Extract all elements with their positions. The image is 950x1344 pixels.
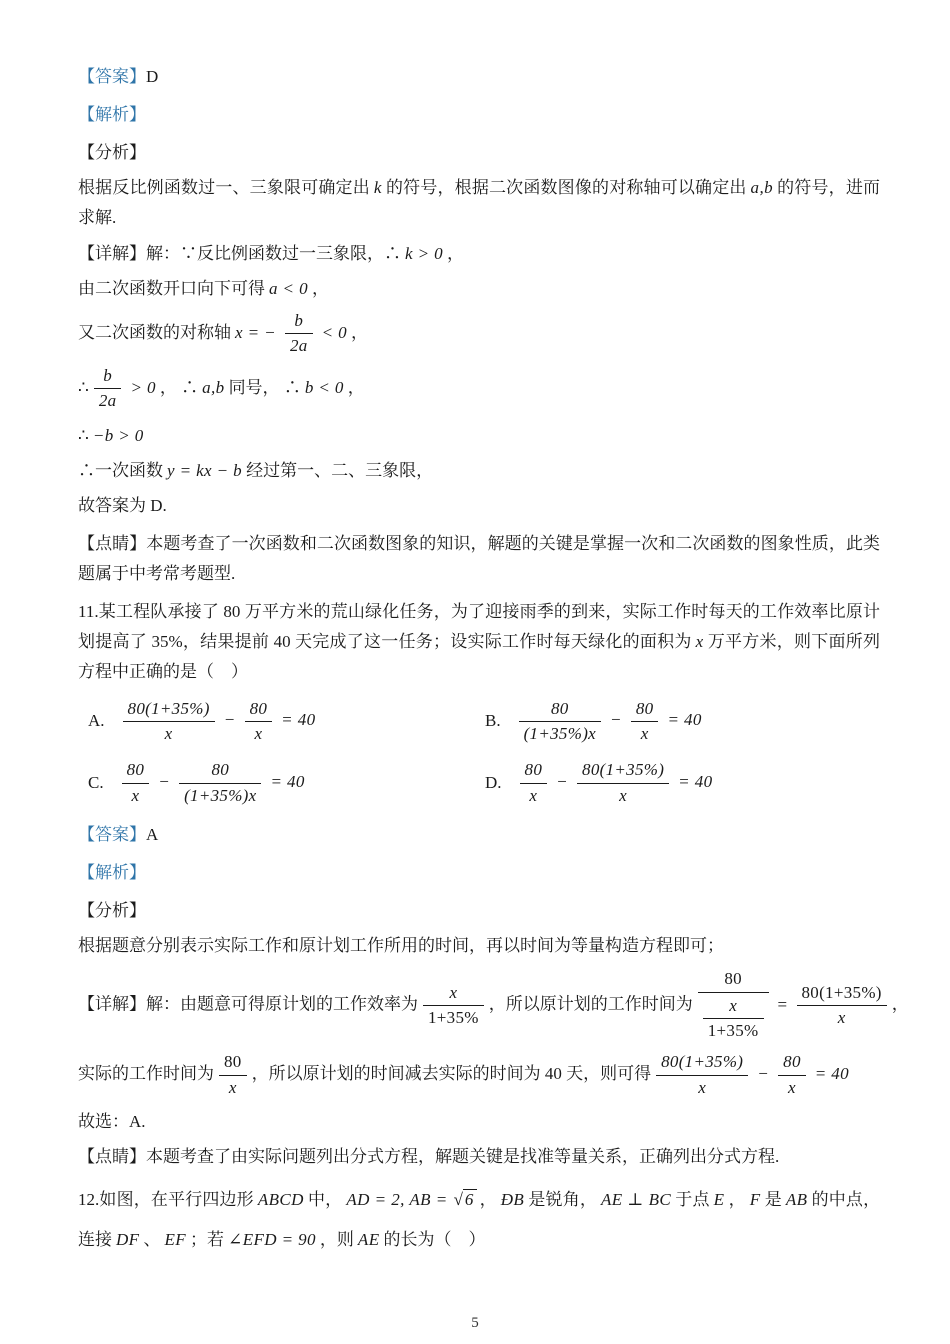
q12-stem: 12.如图，在平行四边形ABCD中，AD = 2, AB =√6，ÐB是锐角，A…	[78, 1180, 880, 1260]
math-expr: AD = 2, AB =	[346, 1190, 447, 1209]
q10-detail-line1: 【详解】解：∵反比例函数过一三象限，∴k > 0，	[78, 239, 880, 269]
answer-value: D	[146, 67, 158, 86]
fraction: 80(1+35%)x	[797, 983, 887, 1029]
text: 根据反比例函数过一、三象限可确定出	[78, 178, 370, 197]
minus-sign: −	[224, 710, 236, 729]
math-var: k	[374, 178, 382, 197]
text: 12.如图，在平行四边形	[78, 1190, 254, 1209]
fraction-denominator: x	[122, 784, 150, 806]
fraction-numerator: 80	[520, 760, 548, 783]
punct: ，	[351, 323, 368, 342]
math-var: a,b	[751, 178, 773, 197]
text: 经过第一、二、三象限，	[246, 461, 433, 480]
math-var: x	[696, 632, 704, 651]
option-label: C.	[88, 773, 104, 793]
math-expr: = 40	[281, 710, 315, 729]
fraction: 80x	[219, 1052, 247, 1098]
q11-stem: 11.某工程队承接了 80 万平方米的荒山绿化任务，为了迎接雨季的到来，实际工作…	[78, 597, 880, 687]
math-expr: AE ⊥ BC	[601, 1190, 671, 1209]
document-page: 【答案】D 【解析】 【分析】 根据反比例函数过一、三象限可确定出k的符号，根据…	[0, 0, 950, 1344]
therefore-symbol: ∴	[78, 426, 89, 445]
fraction-denominator: 1+35%	[423, 1006, 484, 1028]
fraction-numerator: b	[94, 366, 122, 389]
text: 根据题意分别表示实际工作和原计划工作所用的时间，再以时间为等量构造方程即可；	[78, 936, 724, 955]
option-formula: 80x−80(1+35%)x= 40	[515, 760, 717, 806]
equals-sign: =	[778, 995, 788, 1014]
fraction: 80x	[778, 1052, 806, 1098]
page-content: 【答案】D 【解析】 【分析】 根据反比例函数过一、三象限可确定出k的符号，根据…	[78, 62, 880, 1266]
analysis-label: 【分析】	[78, 901, 146, 920]
q10-answer-line: 【答案】D	[78, 62, 880, 92]
fraction: x1+35%	[703, 996, 764, 1042]
math-expr: k > 0	[405, 244, 443, 263]
punct: 、	[143, 1230, 160, 1249]
q10-note-paragraph: 【点睛】本题考查了一次函数和二次函数图象的知识，解题的关键是掌握一次和二次函数的…	[78, 529, 880, 589]
text: ∴一次函数	[78, 461, 163, 480]
math-expr: a < 0	[269, 279, 308, 298]
option-formula: 80x−80(1+35%)x= 40	[117, 760, 309, 806]
fraction-numerator: 80	[519, 699, 601, 722]
fraction-numerator: 80(1+35%)	[123, 699, 215, 722]
q11-answer-line: 【答案】A	[78, 820, 880, 850]
text: 中，	[308, 1190, 342, 1209]
fraction: 80x	[122, 760, 150, 806]
fraction-denominator: x	[631, 722, 659, 744]
option-a: A. 80(1+35%)x−80x= 40	[78, 699, 475, 745]
therefore-symbol: ∴	[181, 378, 198, 397]
text: 解：由题意可得原计划的工作效率为	[146, 995, 418, 1014]
q11-conclusion-line: 故选：A.	[78, 1107, 880, 1137]
fraction: 80x	[520, 760, 548, 806]
text: 由二次函数开口向下可得	[78, 279, 265, 298]
explain-label: 【解析】	[78, 863, 146, 882]
math-expr: x = −	[235, 323, 276, 342]
fraction: 80(1+35%)x	[179, 760, 261, 806]
detail-label: 【详解】	[78, 244, 146, 263]
math-var: AB	[786, 1190, 808, 1209]
math-expr: = 40	[678, 772, 712, 791]
detail-label: 【详解】	[78, 995, 146, 1014]
text: 又二次函数的对称轴	[78, 323, 231, 342]
answer-label: 【答案】	[78, 67, 146, 86]
minus-sign: −	[757, 1064, 769, 1083]
option-d: D. 80x−80(1+35%)x= 40	[475, 760, 880, 806]
q10-analysis-header: 【分析】	[78, 138, 880, 168]
option-b: B. 80(1+35%)x−80x= 40	[475, 699, 880, 745]
text: ，则	[320, 1230, 354, 1249]
fraction-denominator: x	[123, 722, 215, 744]
text: 于点	[675, 1190, 709, 1209]
punct: ，	[348, 378, 365, 397]
math-expr: ∠EFD = 90	[228, 1230, 316, 1249]
fraction-numerator: 80	[245, 699, 273, 722]
math-expr: = 40	[270, 772, 304, 791]
q11-detail-line2: 实际的工作时间为80x，所以原计划的时间减去实际的时间为 40 天，则可得80(…	[78, 1052, 880, 1098]
fraction: b2a	[94, 366, 122, 412]
text: ，所以原计划的时间减去实际的时间为 40 天，则可得	[252, 1064, 652, 1083]
fraction-numerator: 80	[122, 760, 150, 783]
fraction-numerator: 80(1+35%)	[797, 983, 887, 1006]
fraction-denominator: x	[520, 784, 548, 806]
text: 连接	[78, 1230, 112, 1249]
minus-sign: −	[556, 772, 568, 791]
q10-detail-line2: 由二次函数开口向下可得a < 0，	[78, 274, 880, 304]
q10-detail-line3: 又二次函数的对称轴x = −b2a< 0，	[78, 311, 880, 357]
option-c: C. 80x−80(1+35%)x= 40	[78, 760, 475, 806]
page-number: 5	[0, 1315, 950, 1332]
fraction-denominator: x	[219, 1076, 247, 1098]
fraction-numerator: 80(1+35%)	[577, 760, 669, 783]
text: ；若	[190, 1230, 224, 1249]
text: 的中点，	[811, 1190, 880, 1209]
text: 的长为（ ）	[384, 1230, 486, 1249]
punct: ，	[160, 378, 177, 397]
q11-detail-line1: 【详解】解：由题意可得原计划的工作效率为x1+35%，所以原计划的工作时间为80…	[78, 969, 880, 1042]
fraction: 80(1+35%)x	[577, 760, 669, 806]
q10-detail-line4: ∴b2a> 0， ∴a,b同号， ∴b < 0，	[78, 366, 880, 412]
fraction: 80(1+35%)x	[656, 1052, 748, 1098]
radical-sign: √	[454, 1190, 463, 1209]
fraction-numerator: x	[423, 983, 484, 1006]
text: 解：∵反比例函数过一三象限，∴	[146, 244, 401, 263]
fraction: 80(1+35%)x	[519, 699, 601, 745]
fraction-denominator: x	[245, 722, 273, 744]
fraction: b2a	[285, 311, 313, 357]
explain-label: 【解析】	[78, 105, 146, 124]
math-expr: > 0	[130, 378, 155, 397]
answer-value: A	[146, 825, 158, 844]
q10-detail-line5: ∴−b > 0	[78, 421, 880, 451]
text: 本题考查了一次函数和二次函数图象的知识，解题的关键是掌握一次和二次函数的图象性质…	[78, 534, 880, 583]
q10-conclusion-line: 故答案为 D.	[78, 491, 880, 521]
fraction-denominator: x	[797, 1006, 887, 1028]
text: 实际的工作时间为	[78, 1064, 214, 1083]
fraction-numerator: b	[285, 311, 313, 334]
q10-explain-line: 【解析】	[78, 100, 880, 130]
fraction: 80x	[631, 699, 659, 745]
math-var: ÐB	[501, 1190, 524, 1209]
option-label: D.	[485, 773, 502, 793]
punct: ，	[312, 279, 329, 298]
math-expr: y = kx − b	[167, 461, 242, 480]
q10-detail-line6: ∴一次函数y = kx − b经过第一、二、三象限，	[78, 456, 880, 486]
math-expr: b < 0	[305, 378, 344, 397]
option-formula: 80(1+35%)x−80x= 40	[118, 699, 320, 745]
fraction-denominator: 1+35%	[703, 1019, 764, 1041]
math-expr: −b > 0	[93, 426, 144, 445]
answer-label: 【答案】	[78, 825, 146, 844]
minus-sign: −	[158, 772, 170, 791]
fraction-denominator: 2a	[94, 389, 122, 411]
sqrt-radical: √6	[454, 1180, 478, 1220]
math-expr: = 40	[815, 1064, 849, 1083]
math-var: DF	[116, 1230, 139, 1249]
fraction-denominator: x	[577, 784, 669, 806]
note-label: 【点睛】	[78, 534, 146, 553]
option-label: A.	[88, 711, 105, 731]
punct: ，	[447, 244, 464, 263]
fraction: x1+35%	[423, 983, 484, 1029]
q10-analysis-paragraph: 根据反比例函数过一、三象限可确定出k的符号，根据二次函数图像的对称轴可以确定出a…	[78, 173, 880, 233]
fraction-numerator: 80	[631, 699, 659, 722]
text: 本题考查了由实际问题列出分式方程，解题关键是找准等量关系，正确列出分式方程.	[146, 1147, 779, 1166]
punct: ，	[728, 1190, 745, 1209]
minus-sign: −	[610, 710, 622, 729]
punct: ，	[479, 1190, 496, 1209]
fraction: 80(1+35%)x	[123, 699, 215, 745]
math-var: E	[714, 1190, 725, 1209]
therefore-symbol: ∴	[78, 378, 89, 397]
math-var: a,b	[202, 378, 224, 397]
math-expr: < 0	[322, 323, 347, 342]
punct: ，	[892, 995, 909, 1014]
fraction-denominator: x	[656, 1076, 748, 1098]
text: 同号，	[229, 378, 280, 397]
fraction-numerator: 80	[698, 969, 769, 992]
math-var: F	[750, 1190, 761, 1209]
fraction-numerator: 80	[219, 1052, 247, 1075]
fraction-denominator: (1+35%)x	[519, 722, 601, 744]
fraction-numerator: 80	[778, 1052, 806, 1075]
math-var: EF	[164, 1230, 186, 1249]
fraction-denominator: x	[778, 1076, 806, 1098]
nested-fraction: 80x1+35%	[698, 969, 769, 1042]
q11-options: A. 80(1+35%)x−80x= 40 B. 80(1+35%)x−80x=…	[78, 699, 880, 807]
text: 故答案为 D.	[78, 496, 167, 515]
q11-explain-line: 【解析】	[78, 858, 880, 888]
option-label: B.	[485, 711, 501, 731]
text: 是锐角，	[528, 1190, 597, 1209]
math-expr: = 40	[667, 710, 701, 729]
fraction-numerator: x	[703, 996, 764, 1019]
q11-analysis-paragraph: 根据题意分别表示实际工作和原计划工作所用的时间，再以时间为等量构造方程即可；	[78, 931, 880, 961]
therefore-symbol: ∴	[284, 378, 301, 397]
fraction: 80x	[245, 699, 273, 745]
analysis-label: 【分析】	[78, 143, 146, 162]
option-formula: 80(1+35%)x−80x= 40	[514, 699, 706, 745]
fraction-denominator: 2a	[285, 334, 313, 356]
fraction-denominator: (1+35%)x	[179, 784, 261, 806]
q11-analysis-header: 【分析】	[78, 896, 880, 926]
fraction-numerator: 80(1+35%)	[656, 1052, 748, 1075]
text: 故选：A.	[78, 1112, 146, 1131]
text: ，所以原计划的工作时间为	[489, 995, 693, 1014]
radicand: 6	[463, 1189, 478, 1209]
fraction-denominator: x1+35%	[698, 993, 769, 1043]
note-label: 【点睛】	[78, 1147, 146, 1166]
text: 的符号，根据二次函数图像的对称轴可以确定出	[386, 178, 747, 197]
fraction-numerator: 80	[179, 760, 261, 783]
q11-note-paragraph: 【点睛】本题考查了由实际问题列出分式方程，解题关键是找准等量关系，正确列出分式方…	[78, 1142, 880, 1172]
text: 是	[765, 1190, 782, 1209]
math-var: ABCD	[258, 1190, 304, 1209]
math-var: AE	[358, 1230, 380, 1249]
